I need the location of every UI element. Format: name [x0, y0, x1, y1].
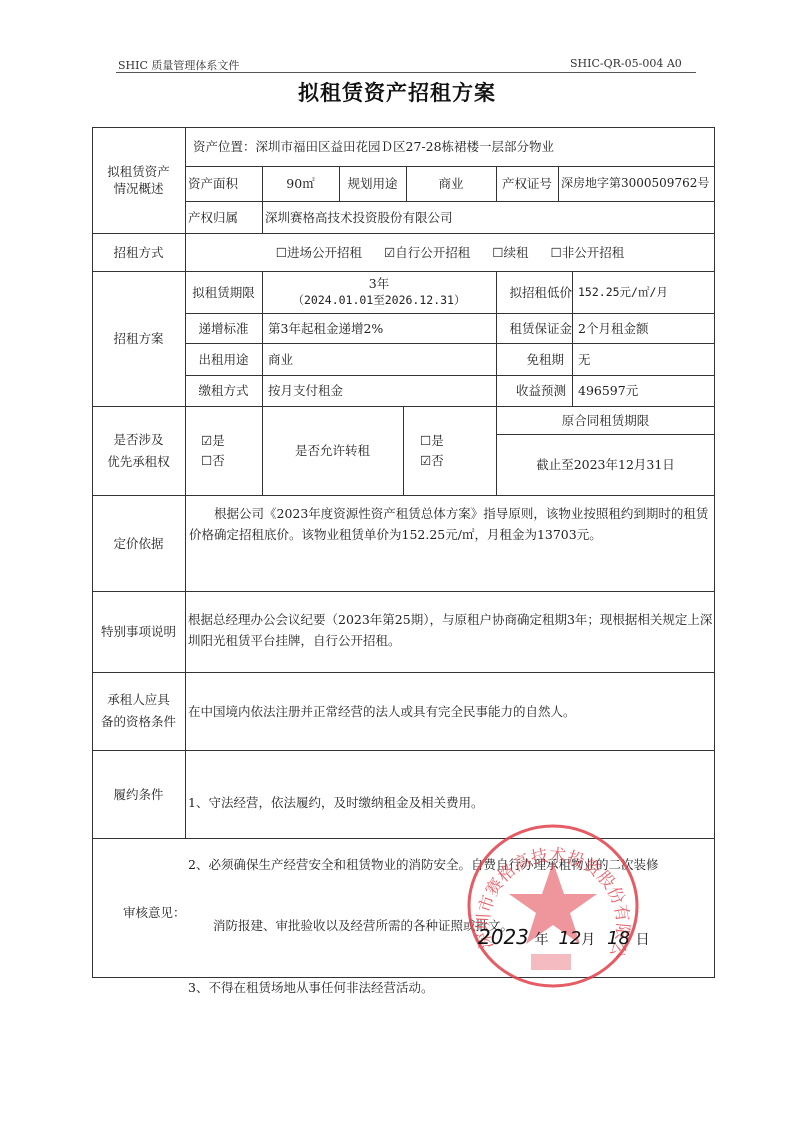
original-term-label: 原合同租赁期限 [496, 406, 715, 434]
free-period-label: 免租期 [496, 343, 572, 375]
min-price-label: 拟招租低价 [496, 271, 572, 313]
term-years: 3年 [369, 275, 389, 292]
page-title: 拟租赁资产招租方案 [0, 77, 794, 107]
special-text: 根据总经理办公会议纪要（2023年第25期），与原租户协商确定租期3年；现根据相… [188, 609, 714, 651]
deposit-value: 2个月租金额 [572, 313, 715, 343]
date-year-unit: 年 [535, 932, 549, 948]
special-label: 特别事项说明 [92, 591, 185, 672]
method-options: ☐进场公开招租 ☑自行公开招租 ☐续租 ☐非公开招租 [185, 233, 715, 271]
date-month: 12 [558, 928, 581, 949]
header-doc-code: SHIC-QR-05-004 A0 [570, 57, 682, 70]
property-cert-label: 产权证号 [496, 166, 558, 201]
revenue-label: 收益预测 [496, 375, 572, 406]
performance-item: 1、守法经营，依法履约，及时缴纳租金及相关费用。 [188, 793, 718, 814]
company-seal-icon: 深圳市赛格高技术投资股份有限公司 [465, 822, 641, 992]
qualification-label: 承租人应具 备的资格条件 [92, 672, 185, 750]
priority-label: 是否涉及 优先承租权 [92, 406, 185, 495]
overview-label-line1: 拟租赁资产 [107, 163, 170, 180]
owner-value: 深圳赛格高技术投资股份有限公司 [262, 201, 715, 233]
header-divider [116, 72, 696, 73]
method-label: 招租方式 [92, 233, 185, 271]
asset-area-label: 资产面积 [185, 166, 262, 201]
pricing-text: 根据公司《2023年度资源性资产租赁总体方案》指导原则，该物业按照租约到期时的租… [189, 503, 713, 545]
property-cert-value: 深房地字第3000509762号 [558, 166, 715, 201]
deposit-label: 租赁保证金 [496, 313, 572, 343]
term-label: 拟租赁期限 [185, 271, 262, 313]
payment-value: 按月支付租金 [262, 375, 496, 406]
priority-options: ☑是 ☐否 [185, 406, 262, 495]
date-day-unit: 日 [636, 932, 650, 948]
asset-area-value: 90㎡ [262, 166, 339, 201]
plan-label: 招租方案 [92, 271, 185, 406]
sublease-yes-checkbox[interactable]: ☐是 [420, 431, 444, 451]
pricing-label: 定价依据 [92, 495, 185, 591]
date-year: 2023 [478, 925, 529, 949]
overview-label: 拟租赁资产 情况概述 [92, 127, 185, 233]
checkbox-empty-icon: ☐ [550, 245, 561, 260]
planned-use-label: 规划用途 [339, 166, 406, 201]
planned-use-value: 商业 [406, 166, 496, 201]
sublease-options: ☐是 ☑否 [403, 406, 496, 495]
priority-no-checkbox[interactable]: ☐否 [201, 451, 225, 471]
method-option-renewal[interactable]: ☐续租 [492, 244, 528, 261]
review-label: 审核意见： [120, 900, 220, 924]
review-date: 2023 年 12月 18 日 [478, 925, 650, 949]
method-option-nonpublic[interactable]: ☐非公开招租 [550, 244, 624, 261]
qualification-text: 在中国境内依法注册并正常经营的法人或具有完全民事能力的自然人。 [185, 672, 715, 750]
payment-label: 缴租方式 [185, 375, 262, 406]
owner-label: 产权归属 [185, 201, 262, 233]
lease-use-value: 商业 [262, 343, 496, 375]
sublease-no-checkbox[interactable]: ☑否 [420, 451, 444, 471]
priority-yes-checkbox[interactable]: ☑是 [201, 431, 225, 451]
sublease-label: 是否允许转租 [262, 406, 403, 495]
free-period-value: 无 [572, 343, 715, 375]
header-doc-system: SHIC 质量管理体系文件 [118, 57, 239, 73]
lease-use-label: 出租用途 [185, 343, 262, 375]
date-month-unit: 月 [581, 932, 595, 948]
revenue-value: 496597元 [572, 375, 715, 406]
term-value: 3年 （2024.01.01至2026.12.31） [262, 271, 496, 313]
increase-value: 第3年起租金递增2% [262, 313, 496, 343]
checkbox-empty-icon: ☐ [276, 245, 287, 260]
method-option-onsite[interactable]: ☐进场公开招租 [276, 244, 362, 261]
overview-label-line2: 情况概述 [113, 180, 163, 197]
asset-location-label: 资产位置： [193, 138, 256, 155]
asset-location: 资产位置： 深圳市福田区益田花园Ｄ区27-28栋裙楼一层部分物业 [185, 127, 715, 166]
date-day: 18 [607, 928, 630, 949]
increase-label: 递增标准 [185, 313, 262, 343]
method-option-self[interactable]: ☑自行公开招租 [384, 244, 470, 261]
original-term-value: 截止至2023年12月31日 [496, 434, 715, 495]
checkbox-empty-icon: ☐ [492, 245, 503, 260]
checkbox-checked-icon: ☑ [384, 245, 395, 260]
min-price-value: 152.25元/㎡/月 [572, 271, 715, 313]
term-dates: （2024.01.01至2026.12.31） [293, 292, 466, 309]
performance-label: 履约条件 [92, 750, 185, 838]
asset-location-value: 深圳市福田区益田花园Ｄ区27-28栋裙楼一层部分物业 [256, 138, 555, 155]
